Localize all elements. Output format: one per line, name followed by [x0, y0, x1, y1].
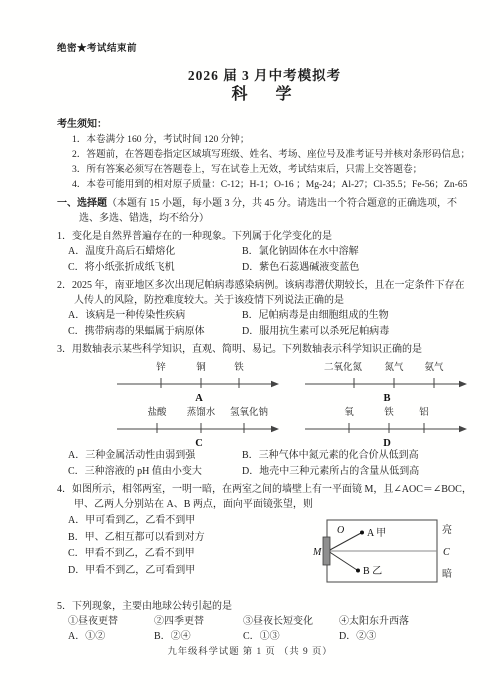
question-4-body: A．甲可看到乙，乙看不到甲 B．甲、乙相互都可以看到对方 C．甲看不到乙，乙看不… [57, 513, 472, 596]
mirror-label: M [312, 547, 322, 558]
svg-text:铝: 铝 [419, 406, 429, 418]
dark-room-label: 暗 [442, 567, 452, 580]
q3-option-d: D．地壳中三种元素所占的含量从低到高 [242, 464, 472, 479]
question-2-text: 2．2025 年，南亚地区多次出现尼帕病毒感染病例。该病毒潜伏期较长，且在一定条… [57, 278, 472, 308]
exam-paper-page: 绝密★考试结束前 2026 届 3 月中考模拟考 科 学 考生须知： 1．本卷满… [0, 0, 500, 700]
mirror-room-figure: M O A 甲 B 乙 亮 C 暗 [312, 515, 464, 591]
q1-option-a: A．温度升高后石蜡熔化 [68, 244, 242, 259]
q3-option-b: B．三种气体中氮元素的化合价从低到高 [242, 448, 472, 463]
q5-item-4: ④太阳东升西落 [339, 614, 472, 629]
question-2-options: A．该病是一种传染性疾病 B．尼帕病毒是由细胞组成的生物 C．携带病毒的果蝠属于… [68, 308, 472, 339]
axis-arrow-icon [271, 381, 279, 387]
section-one-label: 一、选择题 [57, 198, 107, 209]
point-b-dot [356, 569, 360, 573]
svg-text:B: B [383, 393, 390, 403]
question-1-number: 1． [57, 231, 72, 242]
svg-text:A: A [195, 393, 203, 403]
svg-text:氨气: 氨气 [424, 361, 444, 373]
svg-text:蒸馏水: 蒸馏水 [187, 406, 216, 418]
point-a-label: A 甲 [367, 527, 386, 539]
notice-heading: 考生须知： [57, 117, 472, 132]
q5-item-2: ②四季更替 [154, 614, 243, 629]
numberline-diagram-a: 锌 铜 铁 A [111, 359, 297, 403]
svg-text:锌: 锌 [156, 361, 166, 373]
svg-text:C: C [195, 438, 203, 448]
question-2-number: 2． [57, 280, 72, 291]
numberline-diagram-b: 二氧化氮 氮气 氨气 B [299, 359, 485, 403]
axis-arrow-icon [459, 381, 467, 387]
question-5-text: 5．下列现象，主要由地球公转引起的是 [57, 599, 472, 614]
point-c-label: C [443, 547, 450, 558]
q5-option-d: D．②③ [339, 629, 472, 644]
axis-arrow-icon [271, 426, 279, 432]
question-4-options: A．甲可看到乙，乙看不到甲 B．甲、乙相互都可以看到对方 C．甲看不到乙，乙看不… [68, 513, 312, 596]
q4-option-c: C．甲看不到乙，乙看不到甲 [68, 546, 312, 563]
svg-text:二氧化氮: 二氧化氮 [324, 361, 363, 373]
question-3-options: A．三种金属活动性由弱到强 B．三种气体中氮元素的化合价从低到高 C．三种溶液的… [68, 448, 472, 479]
q5-option-b: B．②④ [154, 629, 243, 644]
question-5-items: ①昼夜更替 ②四季更替 ③昼夜长短变化 ④太阳东升西落 [68, 614, 472, 629]
point-a-dot [360, 531, 364, 535]
section-one-desc: （本题有 15 小题，每小题 3 分，共 45 分。请选出一个符合题意的正确选项… [79, 198, 457, 224]
point-o-label: O [337, 525, 344, 536]
q1-option-d: D．紫色石蕊遇碱液变蓝色 [242, 260, 472, 275]
question-4-number: 4． [57, 484, 72, 495]
q5-item-3: ③昼夜长短变化 [243, 614, 339, 629]
q3-option-c: C．三种溶液的 pH 值由小变大 [68, 464, 242, 479]
q5-option-c: C．①③ [243, 629, 339, 644]
q3-option-a: A．三种金属活动性由弱到强 [68, 448, 242, 463]
secrecy-label: 绝密★考试结束前 [57, 42, 472, 57]
exam-title: 2026 届 3 月中考模拟考 [57, 68, 472, 83]
q5-option-a: A．①② [68, 629, 154, 644]
bright-room-label: 亮 [442, 524, 452, 536]
question-3-text: 3．用数轴表示某些科学知识，直观、简明、易记。下列数轴表示科学知识正确的是 [57, 342, 472, 357]
plane-mirror-icon [323, 537, 330, 565]
q1-option-b: B．氯化钠固体在水中溶解 [242, 244, 472, 259]
exam-subject-title: 科 学 [57, 87, 472, 102]
question-4-text: 4．如图所示，相邻两室，一明一暗，在两室之间的墙壁上有一平面镜 M，且∠AOC＝… [57, 482, 472, 512]
q5-item-1: ①昼夜更替 [68, 614, 154, 629]
notice-item-4: 4．本卷可能用到的相对原子质量：C-12；H-1；O-16 ；Mg-24；Al-… [72, 177, 472, 192]
svg-text:氢氧化钠: 氢氧化钠 [230, 406, 269, 418]
page-footer: 九年级科学试题 第 1 页 （共 9 页） [0, 645, 500, 660]
q2-option-a: A．该病是一种传染性疾病 [68, 308, 242, 323]
notice-item-3: 3．所有答案必须写在答题卷上，写在试卷上无效，考试结束后，只需上交答题卷； [72, 162, 472, 177]
question-1-options: A．温度升高后石蜡熔化 B．氯化钠固体在水中溶解 C．将小纸张折成纸飞机 D．紫… [68, 244, 472, 275]
numberline-diagram-c: 盐酸 蒸馏水 氢氧化钠 C [111, 404, 297, 448]
svg-text:D: D [383, 438, 391, 448]
question-4-figure: M O A 甲 B 乙 亮 C 暗 [312, 515, 464, 596]
q2-option-c: C．携带病毒的果蝠属于病原体 [68, 324, 242, 339]
numberline-diagram-d: 氧 铁 铝 D [299, 404, 485, 448]
section-one-heading: 一、选择题（本题有 15 小题，每小题 3 分，共 45 分。请选出一个符合题意… [57, 196, 472, 226]
svg-text:铁: 铁 [234, 361, 244, 373]
notice-item-2: 2．答题前，在答题卷指定区域填写班级、姓名、考场、座位号及准考证号并核对条形码信… [72, 147, 472, 162]
question-5-number: 5． [57, 601, 72, 612]
notice-item-1: 1．本卷满分 160 分，考试时间 120 分钟； [72, 132, 472, 147]
svg-text:铁: 铁 [384, 406, 394, 418]
q4-option-a: A．甲可看到乙，乙看不到甲 [68, 513, 312, 530]
question-5-options: A．①② B．②④ C．①③ D．②③ [68, 629, 472, 644]
point-b-label: B 乙 [363, 565, 382, 577]
q4-option-b: B．甲、乙相互都可以看到对方 [68, 530, 312, 547]
q2-option-d: D．服用抗生素可以杀死尼帕病毒 [242, 324, 472, 339]
svg-text:氧: 氧 [344, 406, 354, 418]
q2-option-b: B．尼帕病毒是由细胞组成的生物 [242, 308, 472, 323]
question-3-diagrams: 锌 铜 铁 A 二氧化氮 氮气 氨气 B 盐酸 蒸馏水 氢氧化钠 [111, 359, 472, 448]
question-3-number: 3． [57, 344, 72, 355]
question-1-text: 1．变化是自然界普遍存在的一种现象。下列属于化学变化的是 [57, 229, 472, 244]
svg-text:盐酸: 盐酸 [147, 406, 167, 418]
svg-text:铜: 铜 [196, 361, 206, 373]
svg-text:氮气: 氮气 [384, 361, 404, 373]
q1-option-c: C．将小纸张折成纸飞机 [68, 260, 242, 275]
q4-option-d: D．甲看不到乙，乙可看到甲 [68, 563, 312, 580]
axis-arrow-icon [459, 426, 467, 432]
